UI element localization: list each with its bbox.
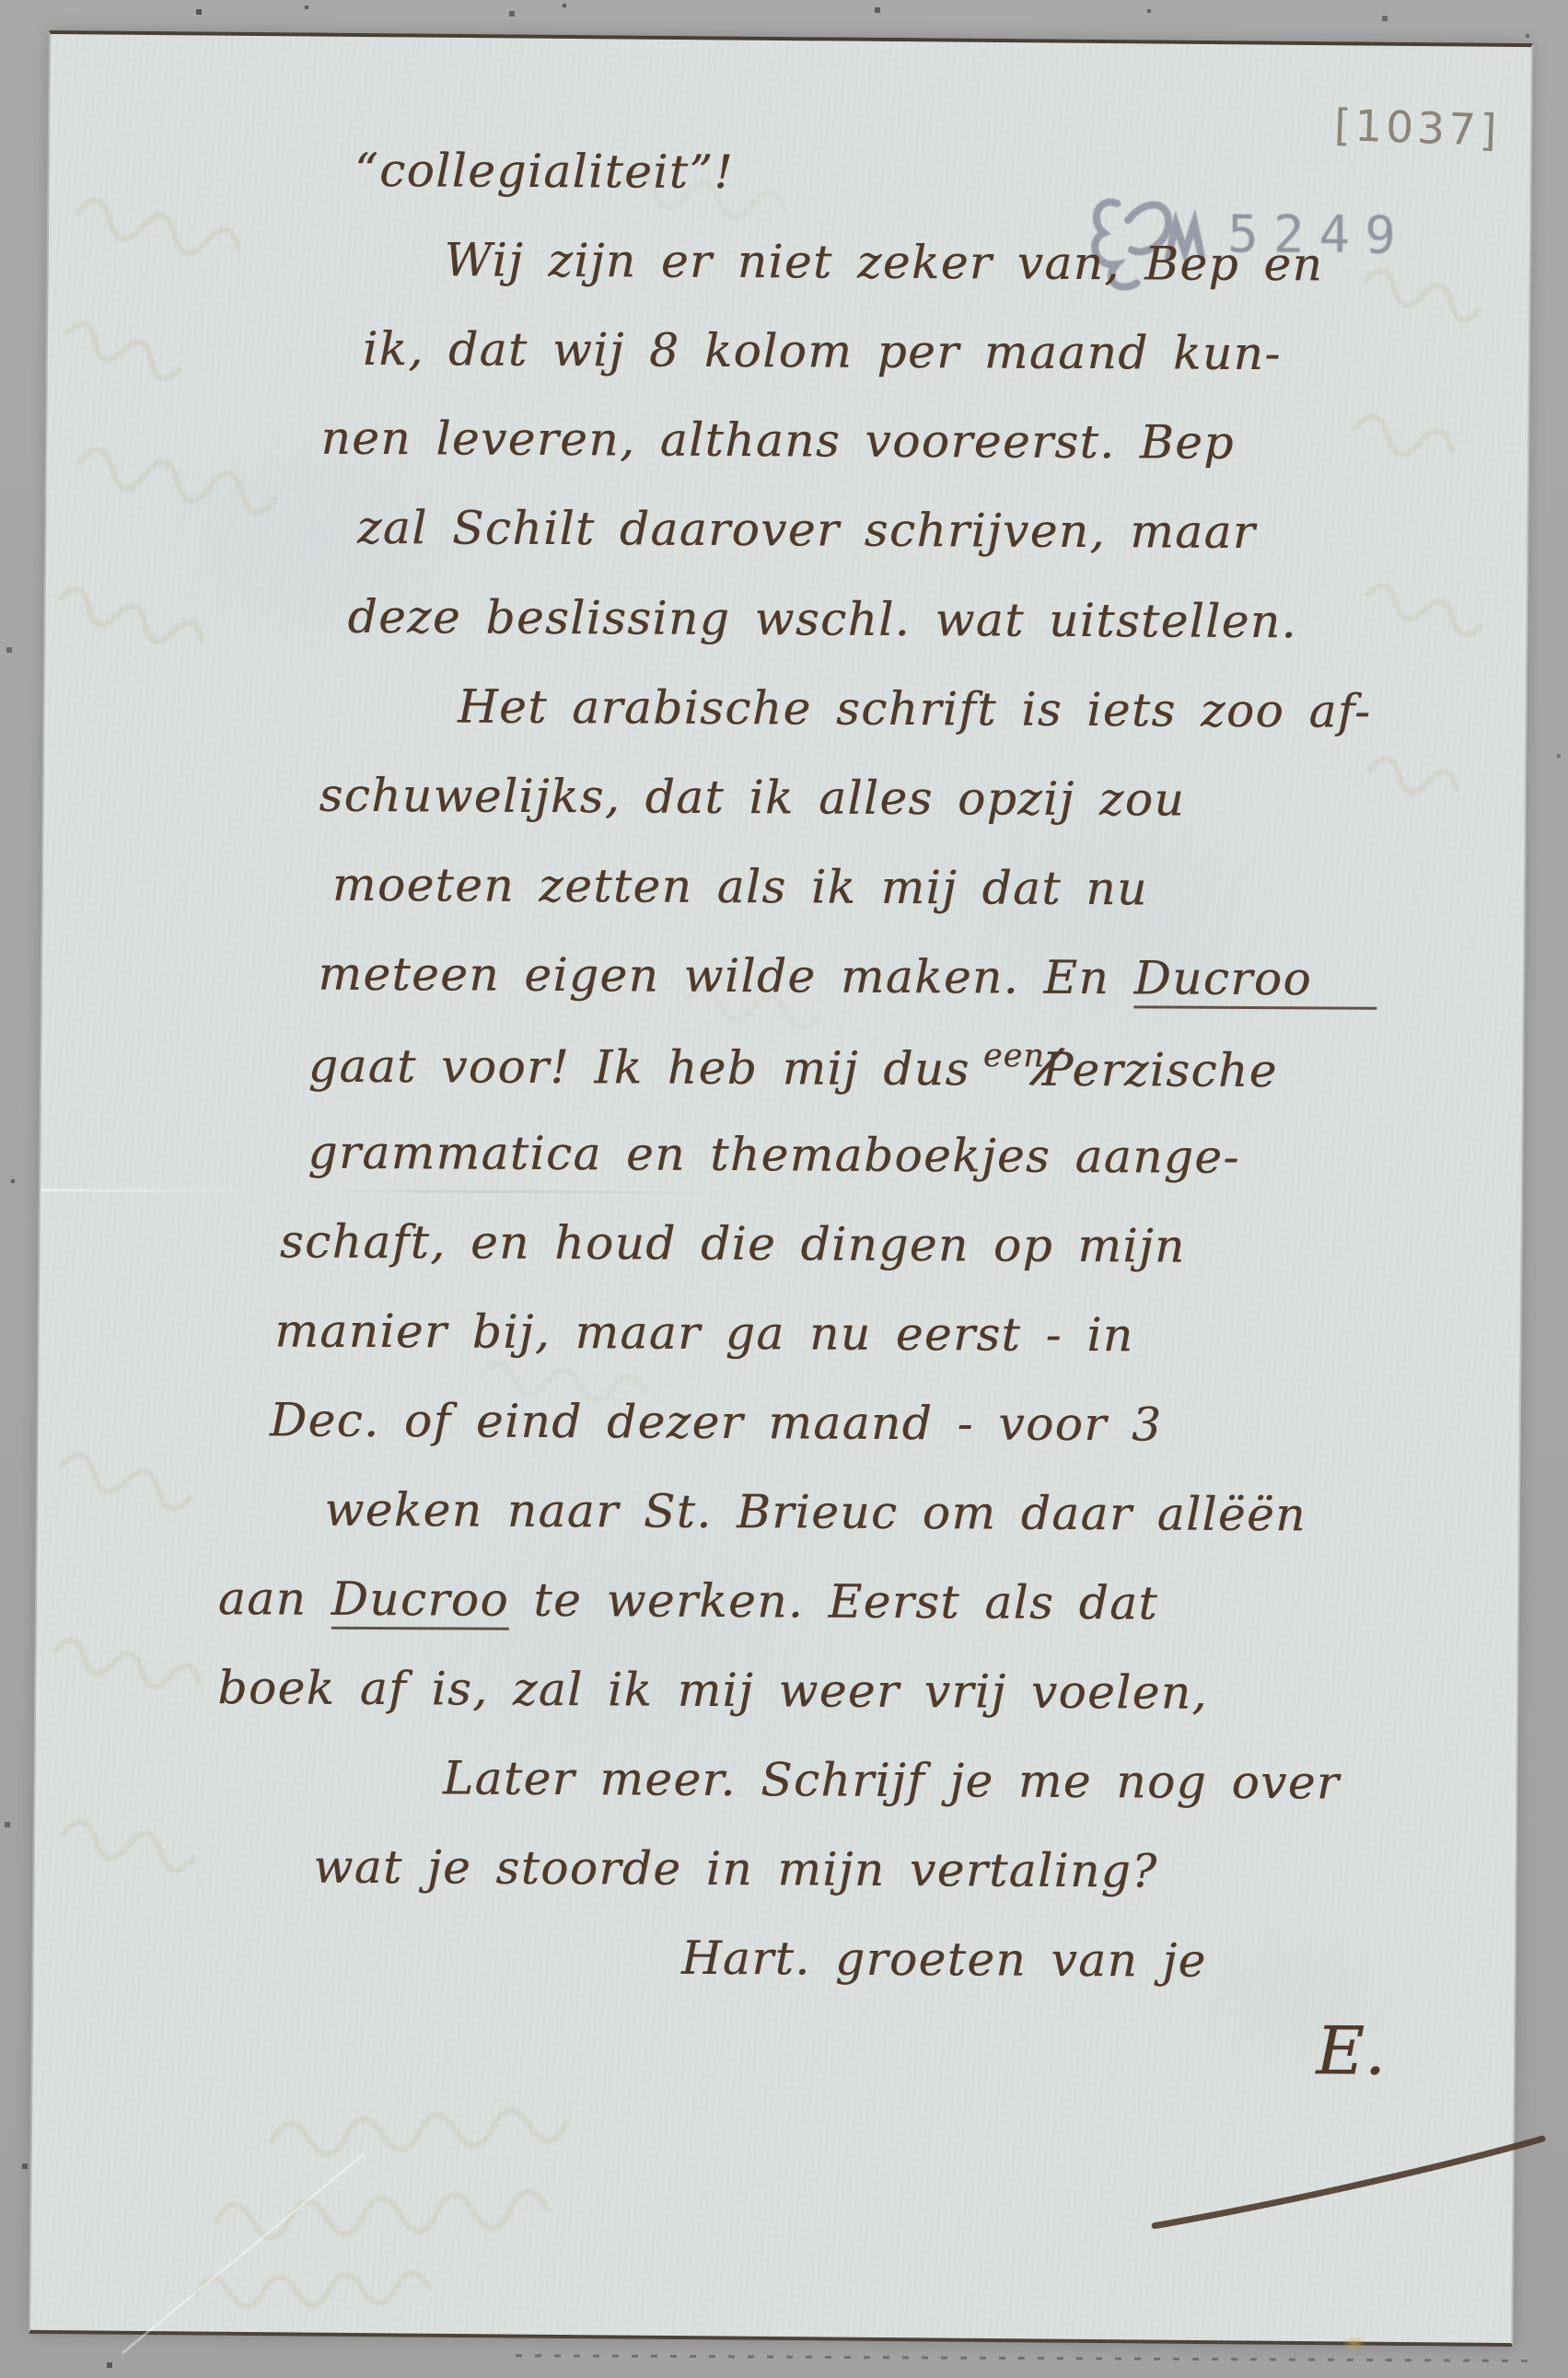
letter-text: meteen eigen wilde maken. En: [318, 947, 1133, 1005]
letter-line: Hart. groeten van je: [681, 1914, 1515, 2008]
letter-text: ik, dat wij 8 kolom per maand kun-: [363, 322, 1282, 380]
letter-body: “collegialiteit”!Wij zijn er niet zeker …: [206, 125, 1524, 2096]
letter-line: deze beslissing wschl. wat uitstellen.: [347, 573, 1521, 668]
letter-text: nen leveren, althans vooreerst. Bep: [320, 412, 1235, 470]
letter-line: Later meer. Schrijf je me nog over: [443, 1734, 1516, 1828]
letter-text: Perzische: [1041, 1043, 1277, 1097]
letter-line: moeten zetten als ik mij dat nu: [332, 841, 1520, 936]
letter-text: schaft, en houd die dingen op mijn: [280, 1214, 1186, 1272]
letter-lines: “collegialiteit”!Wij zijn er niet zeker …: [206, 125, 1524, 2096]
scanned-letter-page: [1037] 5249 “collegialiteit”!Wij zijn er…: [0, 0, 1568, 2378]
letter-text: deze beslissing wschl. wat uitstellen.: [347, 590, 1297, 648]
letter-text: weken naar St. Brieuc om daar allëën: [324, 1483, 1307, 1542]
letter-line: gaat voor! Ik heb mij duseen/Perzische: [308, 1019, 1519, 1115]
letter-text: manier bij, maar ga nu eerst - in: [274, 1304, 1133, 1362]
signature-initial: E.: [1316, 2012, 1386, 2089]
letter-line: Het arabische schrift is iets zoo af-: [458, 662, 1521, 757]
letter-text: gaat voor! Ik heb mij dus: [308, 1039, 970, 1096]
scan-specks: [0, 0, 2, 2]
letter-text: aan: [218, 1572, 331, 1626]
letter-text: zal Schilt daarover schrijven, maar: [357, 501, 1257, 559]
letter-paper-sheet: [1037] 5249 “collegialiteit”!Wij zijn er…: [29, 30, 1533, 2347]
letter-text: grammatica en themaboekjes aange-: [308, 1126, 1240, 1184]
corner-crease: [122, 2153, 365, 2354]
letter-line: weken naar St. Brieuc om daar allëën: [324, 1466, 1516, 1561]
letter-text: wat je stoorde in mijn vertaling?: [313, 1840, 1157, 1898]
letter-line: aan Ducroo te werken. Eerst als dat: [218, 1554, 1516, 1650]
letter-line: nen leveren, althans vooreerst. Bep: [320, 394, 1522, 490]
letter-text: Wij zijn er niet zeker van, Bep en: [444, 233, 1323, 291]
letter-line: Wij zijn er niet zeker van, Bep en: [444, 215, 1523, 310]
letter-text: Later meer. Schrijf je me nog over: [443, 1751, 1341, 1809]
letter-line: “collegialiteit”!: [354, 126, 1524, 222]
scan-edge-debris: [516, 2354, 1528, 2362]
letter-line: Dec. of eind dezer maand - voor 3: [270, 1375, 1517, 1471]
letter-text: boek af is, zal ik mij weer vrij voelen,: [217, 1661, 1208, 1720]
letter-line: zal Schilt daarover schrijven, maar: [357, 483, 1522, 579]
paper-stain: [1342, 2336, 1366, 2350]
letter-line: E.: [1316, 2006, 1515, 2096]
letter-text: Dec. of eind dezer maand - voor 3: [270, 1393, 1163, 1451]
letter-line: boek af is, zal ik mij weer vrij voelen,: [217, 1643, 1516, 1739]
letter-line: grammatica en themaboekjes aange-: [308, 1108, 1518, 1204]
letter-text: Het arabische schrift is iets zoo af-: [458, 679, 1372, 737]
letter-text: Ducroo: [331, 1572, 510, 1630]
letter-line: meteen eigen wilde maken. En Ducroo: [318, 930, 1519, 1026]
letter-text: Hart. groeten van je: [681, 1931, 1207, 1988]
letter-text: te werken. Eerst als dat: [509, 1573, 1158, 1630]
letter-text: schuwelijks, dat ik alles opzij zou: [319, 769, 1185, 827]
signature-flourish: [1145, 2079, 1562, 2248]
letter-line: wat je stoorde in mijn vertaling?: [313, 1823, 1515, 1919]
letter-text: “collegialiteit”!: [354, 144, 734, 199]
letter-line: ik, dat wij 8 kolom per maand kun-: [363, 305, 1523, 400]
letter-line: schaft, en houd die dingen op mijn: [280, 1197, 1518, 1293]
letter-text: Ducroo: [1133, 951, 1376, 1009]
letter-text: moeten zetten als ik mij dat nu: [332, 858, 1148, 916]
letter-line: schuwelijks, dat ik alles opzij zou: [319, 751, 1520, 847]
letter-line: manier bij, maar ga nu eerst - in: [274, 1286, 1517, 1382]
